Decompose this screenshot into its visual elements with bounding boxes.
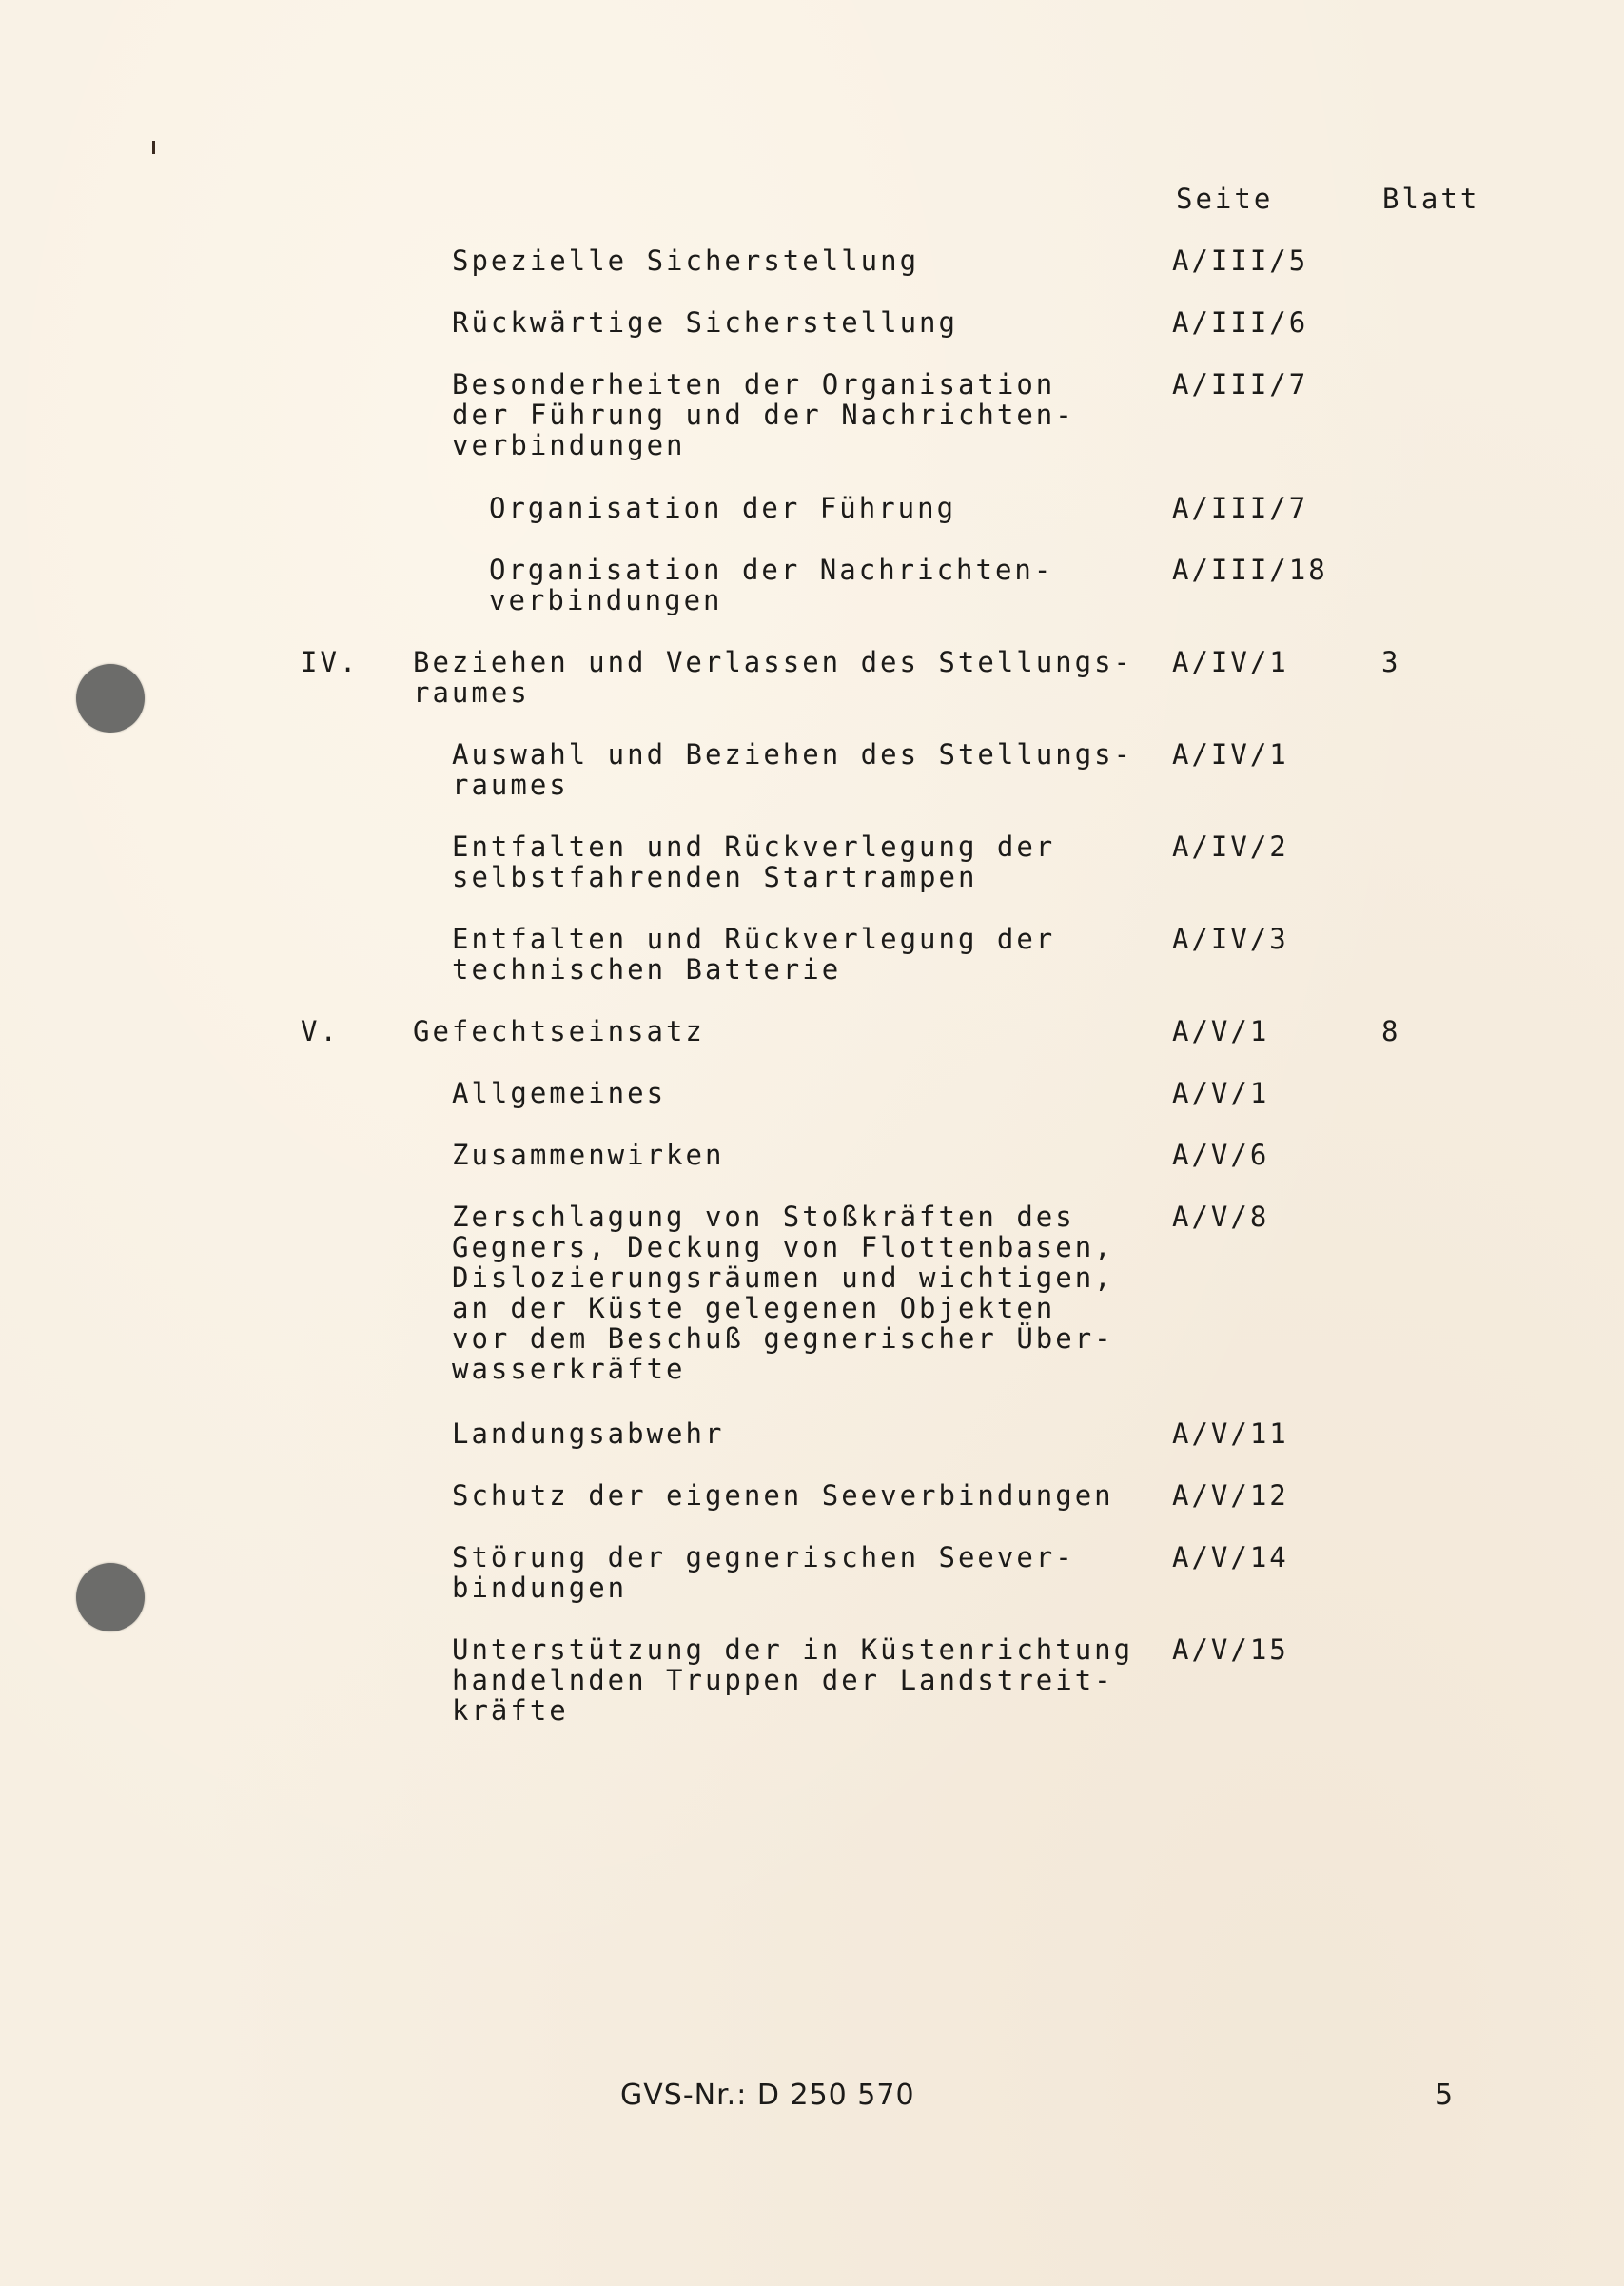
entry-title: Spezielle Sicherstellung bbox=[452, 245, 919, 276]
punch-hole-top bbox=[76, 664, 145, 733]
entry-title: Unterstützung der in Küstenrichtung hand… bbox=[452, 1634, 1133, 1726]
punch-hole-bottom bbox=[76, 1563, 145, 1631]
entry-seite: A/IV/1 bbox=[1172, 647, 1289, 677]
entry-seite: A/V/12 bbox=[1172, 1480, 1289, 1511]
entry-title: Organisation der Nachrichten- verbindung… bbox=[489, 555, 1053, 615]
document-page: Seite Blatt Spezielle SicherstellungA/II… bbox=[0, 0, 1624, 2286]
entry-seite: A/V/8 bbox=[1172, 1202, 1269, 1232]
entry-seite: A/V/6 bbox=[1172, 1140, 1269, 1170]
column-header-blatt: Blatt bbox=[1382, 183, 1479, 215]
entry-title: Zerschlagung von Stoßkräften des Gegners… bbox=[452, 1202, 1114, 1384]
entry-seite: A/V/11 bbox=[1172, 1418, 1289, 1449]
entry-seite: A/III/5 bbox=[1172, 245, 1308, 276]
entry-blatt: 8 bbox=[1381, 1016, 1400, 1046]
entry-seite: A/V/14 bbox=[1172, 1542, 1289, 1573]
section-number: V. bbox=[301, 1016, 340, 1046]
entry-title: Rückwärtige Sicherstellung bbox=[452, 307, 958, 338]
entry-seite: A/V/1 bbox=[1172, 1016, 1269, 1046]
entry-seite: A/III/18 bbox=[1172, 555, 1328, 585]
section-number: IV. bbox=[301, 647, 359, 677]
document-number: GVS-Nr.: D 250 570 bbox=[620, 2079, 915, 2112]
entry-title: Beziehen und Verlassen des Stellungs- ra… bbox=[413, 647, 1133, 708]
entry-title: Auswahl und Beziehen des Stellungs- raum… bbox=[452, 739, 1133, 800]
entry-seite: A/III/6 bbox=[1172, 307, 1308, 338]
entry-seite: A/IV/1 bbox=[1172, 739, 1289, 770]
entry-title: Landungsabwehr bbox=[452, 1418, 724, 1449]
entry-seite: A/III/7 bbox=[1172, 369, 1308, 400]
entry-title: Zusammenwirken bbox=[452, 1140, 724, 1170]
entry-seite: A/IV/3 bbox=[1172, 924, 1289, 954]
entry-title: Schutz der eigenen Seeverbindungen bbox=[452, 1480, 1114, 1511]
entry-title: Besonderheiten der Organisation der Führ… bbox=[452, 369, 1075, 460]
entry-title: Entfalten und Rückverlegung der technisc… bbox=[452, 924, 1055, 985]
entry-title: Entfalten und Rückverlegung der selbstfa… bbox=[452, 831, 1055, 892]
entry-title: Organisation der Führung bbox=[489, 493, 956, 523]
entry-seite: A/V/1 bbox=[1172, 1078, 1269, 1108]
entry-blatt: 3 bbox=[1381, 647, 1400, 677]
entry-title: Gefechtseinsatz bbox=[413, 1016, 705, 1046]
page-number: 5 bbox=[1435, 2079, 1454, 2112]
entry-title: Allgemeines bbox=[452, 1078, 666, 1108]
entry-seite: A/III/7 bbox=[1172, 493, 1308, 523]
entry-seite: A/IV/2 bbox=[1172, 831, 1289, 862]
column-header-seite: Seite bbox=[1176, 183, 1273, 215]
entry-title: Störung der gegnerischen Seever- bindung… bbox=[452, 1542, 1075, 1603]
entry-seite: A/V/15 bbox=[1172, 1634, 1289, 1665]
stray-mark bbox=[152, 141, 155, 154]
